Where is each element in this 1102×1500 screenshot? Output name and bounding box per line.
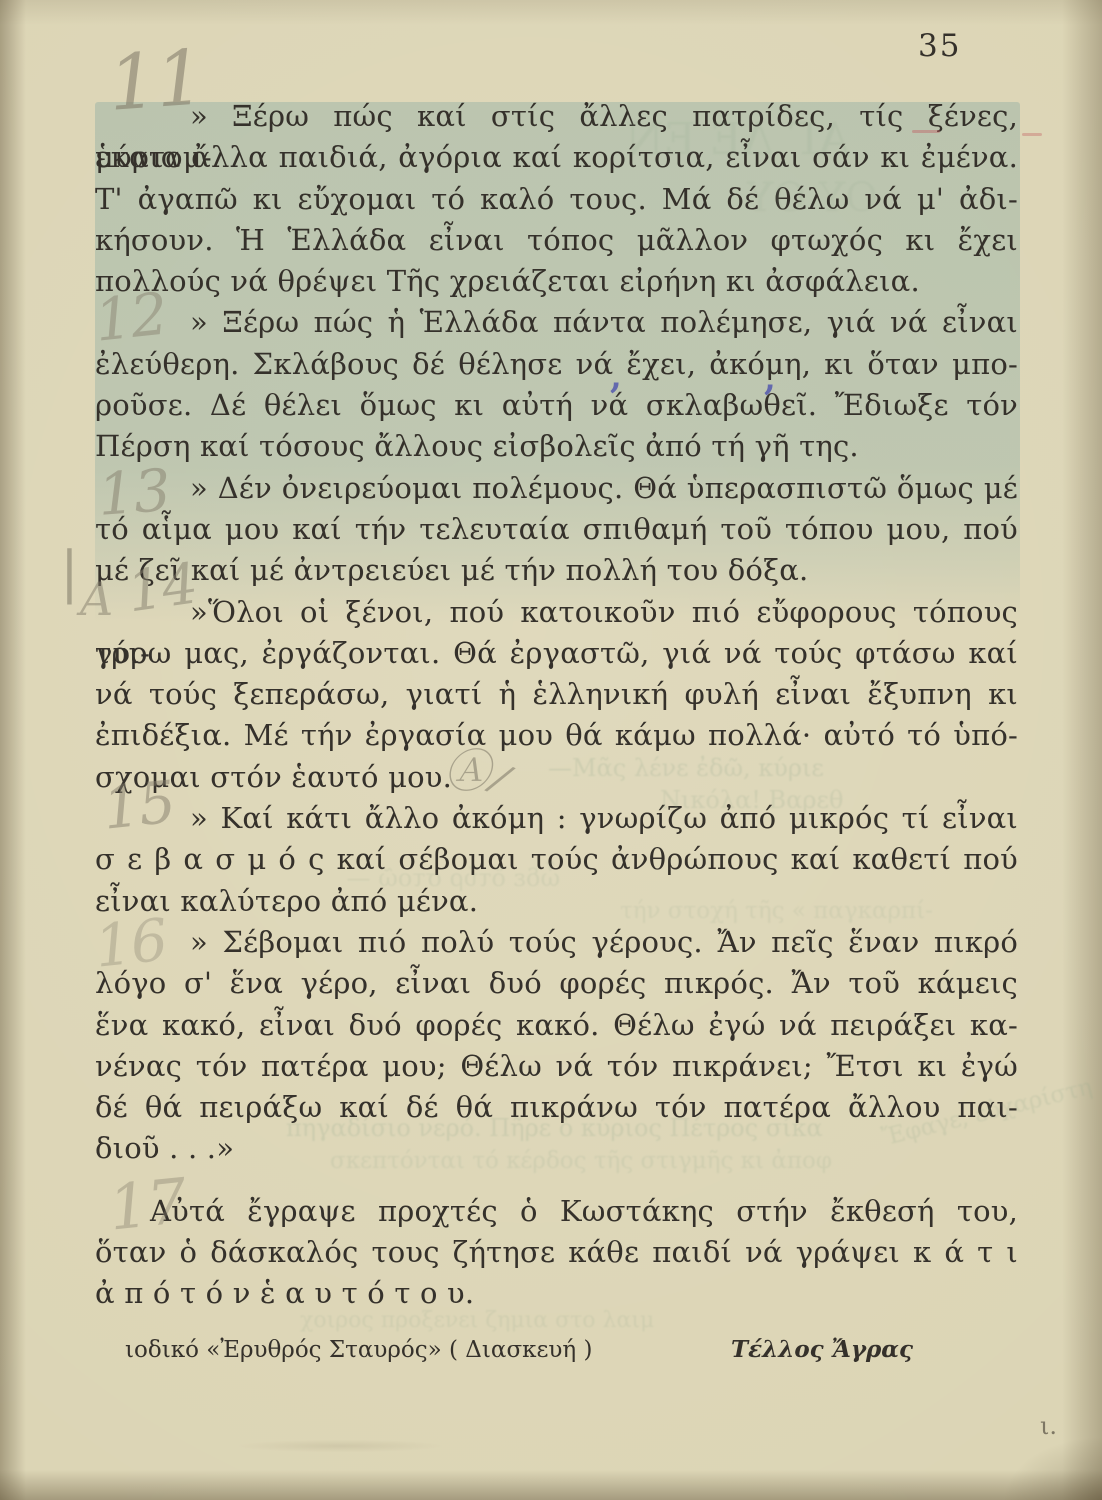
text-line: μέ ζεῖ καί μέ ἀντρειεύει μέ τήν πολλή το…	[95, 550, 1018, 591]
bleed-through-text: ΑΓ ΔΕ ΕΝ	[625, 118, 850, 162]
bleed-through-text: ὧδε ὅτύρ στοῶ —	[347, 866, 560, 890]
bleed-through-text: —Μᾶς λένε ἐδῶ, κύριε	[548, 756, 824, 780]
pencil-mark-13: 13	[96, 461, 172, 524]
text-line: πολλούς νά θρέψει Τῆς χρειάζεται εἰρήνη …	[95, 261, 1018, 302]
scan-smudge	[210, 1438, 470, 1454]
pencil-mark-circled-a: Ⓐ	[444, 748, 489, 794]
text-line: » Δέν ὀνειρεύομαι πολέμους. Θά ὑπερασπισ…	[95, 468, 1018, 509]
text-line: γύρω μας, ἐργάζονται. Θά ἐργαστῶ, γιά νά…	[95, 633, 1018, 674]
text-line: » Ξέρω πώς ἡ Ἑλλάδα πάντα πολέμησε, γιά …	[95, 302, 1018, 343]
paragraph: » Ξέρω πώς ἡ Ἑλλάδα πάντα πολέμησε, γιά …	[95, 302, 1018, 467]
pencil-mark-11: 11	[106, 39, 206, 121]
pencil-mark-12: 12	[92, 284, 169, 349]
paragraph: » Δέν ὀνειρεύομαι πολέμους. Θά ὑπερασπισ…	[95, 468, 1018, 592]
pencil-mark-15: 15	[100, 772, 177, 837]
book-page-scan: 35 » Ξέρω πώς καί στίς ἄλλες πατρίδες, τ…	[0, 0, 1102, 1500]
text-line: Πέρση καί τόσους ἄλλους εἰσβολεῖς ἀπό τή…	[95, 426, 1018, 467]
bleed-through-text: ΟΥ ΟΥ	[747, 178, 878, 218]
red-bleed-dash	[912, 130, 940, 133]
text-line: λόγο σ' ἕνα γέρο, εἶναι δυό φορές πικρός…	[95, 963, 1018, 1004]
text-line: ροῦσε. Δέ θέλει ὅμως κι αὐτή νά σκλαβωθε…	[95, 385, 1018, 426]
text-line: ἐπιδέξια. Μέ τήν ἐργασία μου θά κάμω πολ…	[95, 715, 1018, 756]
text-line: νά τούς ξεπεράσω, γιατί ἡ ἑλληνική φυλή …	[95, 674, 1018, 715]
paragraph: » Ξέρω πώς καί στίς ἄλλες πατρίδες, τίς …	[95, 96, 1018, 302]
text-line: » Ξέρω πώς καί στίς ἄλλες πατρίδες, τίς …	[95, 96, 1018, 137]
text-line: ὅταν ὁ δάσκαλός τους ζήτησε κάθε παιδί ν…	[95, 1232, 1018, 1273]
text-line: Τ' ἀγαπῶ κι εὔχομαι τό καλό τους. Μά δέ …	[95, 179, 1018, 220]
text-line: νένας τόν πατέρα μου; Θέλω νά τόν πικράν…	[95, 1046, 1018, 1087]
page-number: 35	[918, 28, 961, 64]
text-line: »Ὅλοι οἱ ξένοι, πού κατοικοῦν πιό εὔφορο…	[95, 592, 1018, 633]
bleed-through-text: Νικόλα! Βαρεθ	[660, 788, 843, 812]
bleed-through-text: σκεπτόνται τό κέρδος τῆς στιγμῆς κι ἀποφ	[330, 1150, 832, 1173]
pencil-mark-17: 17	[106, 1170, 189, 1240]
bleed-through-text: χοιρος προξενει ζημια στο λαιμ	[300, 1310, 654, 1332]
red-bleed-dash	[1022, 133, 1042, 136]
text-line: κήσουν. Ἡ Ἑλλάδα εἶναι τόπος μᾶλλον φτωχ…	[95, 220, 1018, 261]
scan-corner-shadow	[962, 1410, 1102, 1500]
text-line: » Σέβομαι πιό πολύ τούς γέρους. Ἄν πεῖς …	[95, 922, 1018, 963]
text-line: μύρια ἄλλα παιδιά, ἀγόρια καί κορίτσια, …	[95, 137, 1018, 178]
bleed-through-text: πηγαδίσιο νερό. Πῆρε ὁ κύριος Πέτρος σίκ…	[286, 1116, 823, 1140]
blue-ink-comma: ,	[764, 362, 776, 396]
pencil-mark-14: 14	[124, 556, 200, 621]
bleed-through-text: τήν στοχή τῆς « παγκαρπί-	[620, 900, 933, 923]
text-line: » Καί κάτι ἄλλο ἀκόμη : γνωρίζω ἀπό μικρ…	[95, 798, 1018, 839]
text-line: ἐλεύθερη. Σκλάβους δέ θέλησε νά ἔχει, ἀκ…	[95, 344, 1018, 385]
text-line: Αὐτά ἔγραψε προχτές ὁ Κωστάκης στήν ἔκθε…	[95, 1191, 1018, 1232]
pencil-stroke: |	[60, 545, 78, 601]
pencil-mark-16: 16	[92, 910, 169, 975]
paragraph: Αὐτά ἔγραψε προχτές ὁ Κωστάκης στήν ἔκθε…	[95, 1191, 1018, 1315]
footer-author-name: Τέλλος Ἄγρας	[731, 1336, 913, 1363]
text-line: τό αἷμα μου καί τήν τελευταία σπιθαμή το…	[95, 509, 1018, 550]
pencil-mark-alpha: Α	[80, 576, 112, 622]
footer-source-note: ιοδικό «Ἐρυθρός Σταυρός» ( Διασκευή )	[125, 1337, 592, 1363]
page-footer: ιοδικό «Ἐρυθρός Σταυρός» ( Διασκευή ) Τέ…	[95, 1336, 1018, 1363]
blue-ink-comma: ,	[610, 360, 622, 394]
text-line: ἕνα κακό, εἶναι δυό φορές κακό. Θέλω ἐγώ…	[95, 1005, 1018, 1046]
